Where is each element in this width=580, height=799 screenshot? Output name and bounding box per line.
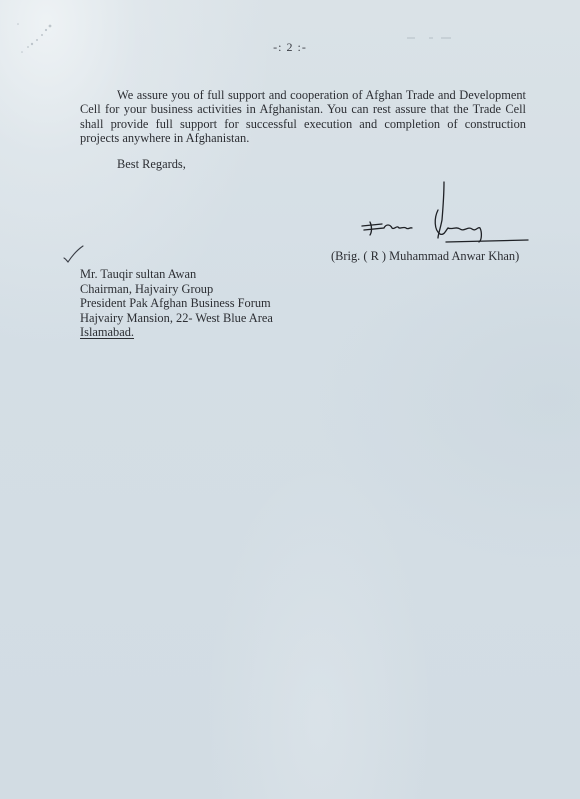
recipient-address-block: Mr. Tauqir sultan Awan Chairman, Hajvair…	[80, 267, 273, 340]
page-number: -: 2 :-	[0, 40, 580, 55]
recipient-organization: President Pak Afghan Business Forum	[80, 296, 273, 311]
recipient-name: Mr. Tauqir sultan Awan	[80, 267, 273, 282]
body-paragraph-text: We assure you of full support and cooper…	[80, 88, 526, 145]
recipient-city: Islamabad.	[80, 325, 273, 340]
letter-page: -: 2 :- We assure you of full support an…	[0, 0, 580, 799]
recipient-title: Chairman, Hajvairy Group	[80, 282, 273, 297]
body-paragraph: We assure you of full support and cooper…	[80, 88, 526, 146]
checkmark-icon	[62, 244, 84, 264]
closing-salutation: Best Regards,	[117, 157, 186, 172]
handwritten-signature-icon	[360, 180, 530, 245]
recipient-street-address: Hajvairy Mansion, 22- West Blue Area	[80, 311, 273, 326]
signatory-name: (Brig. ( R ) Muhammad Anwar Khan)	[331, 249, 519, 264]
